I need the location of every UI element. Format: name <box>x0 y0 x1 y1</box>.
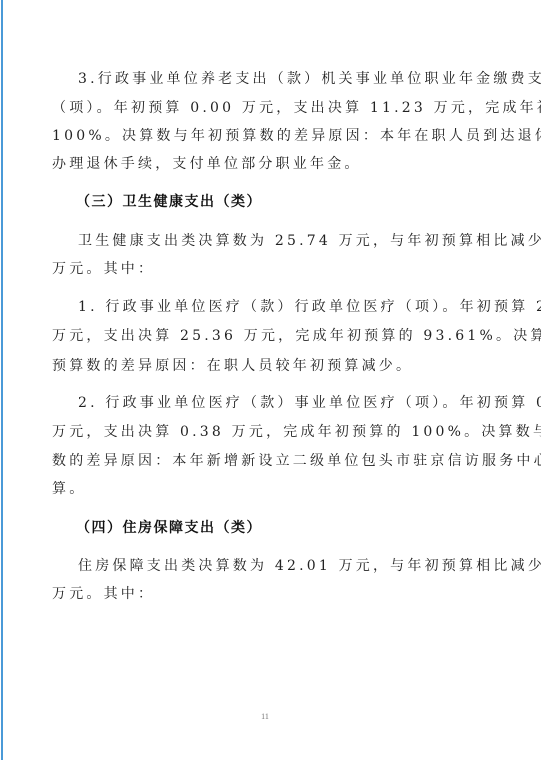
paragraph-line: 算。 <box>52 480 494 498</box>
paragraph-line: （项）。年初预算 0.00 万元，支出决算 11.23 万元，完成年初预算的 <box>52 99 494 117</box>
paragraph-line: 万元，支出决算 25.36 万元，完成年初预算的 93.61%。决算数与年初 <box>52 327 494 345</box>
paragraph-line: 100%。决算数与年初预算数的差异原因：本年在职人员到达退休年龄， <box>52 127 494 145</box>
paragraph-line: 万元。其中： <box>52 585 494 603</box>
page-number: 11 <box>258 712 272 721</box>
section-heading-housing: （四）住房保障支出（类） <box>76 519 518 537</box>
paragraph-line: 1. 行政事业单位医疗（款）行政单位医疗（项）。年初预算 27.09 <box>78 298 520 316</box>
paragraph-line: 万元，支出决算 0.38 万元，完成年初预算的 100%。决算数与年初预算 <box>52 423 494 441</box>
paragraph-line: 万元。其中： <box>52 260 494 278</box>
paragraph-line: 2. 行政事业单位医疗（款）事业单位医疗（项）。年初预算 0.00 <box>78 394 520 412</box>
paragraph-line: 卫生健康支出类决算数为 25.74 万元，与年初预算相比减少 1.35 <box>78 232 520 250</box>
paragraph-line: 3.行政事业单位养老支出（款）机关事业单位职业年金缴费支出 <box>78 70 520 88</box>
paragraph-line: 办理退休手续，支付单位部分职业年金。 <box>52 155 494 173</box>
paragraph-line: 住房保障支出类决算数为 42.01 万元，与年初预算相比减少 1.77 <box>78 557 520 575</box>
document-page: 3.行政事业单位养老支出（款）机关事业单位职业年金缴费支出 （项）。年初预算 0… <box>0 0 541 760</box>
section-heading-health: （三）卫生健康支出（类） <box>76 193 518 211</box>
paragraph-line: 数的差异原因：本年新增新设立二级单位包头市驻京信访服务中心预 <box>52 452 494 470</box>
paragraph-line: 预算数的差异原因：在职人员较年初预算减少。 <box>52 357 494 375</box>
